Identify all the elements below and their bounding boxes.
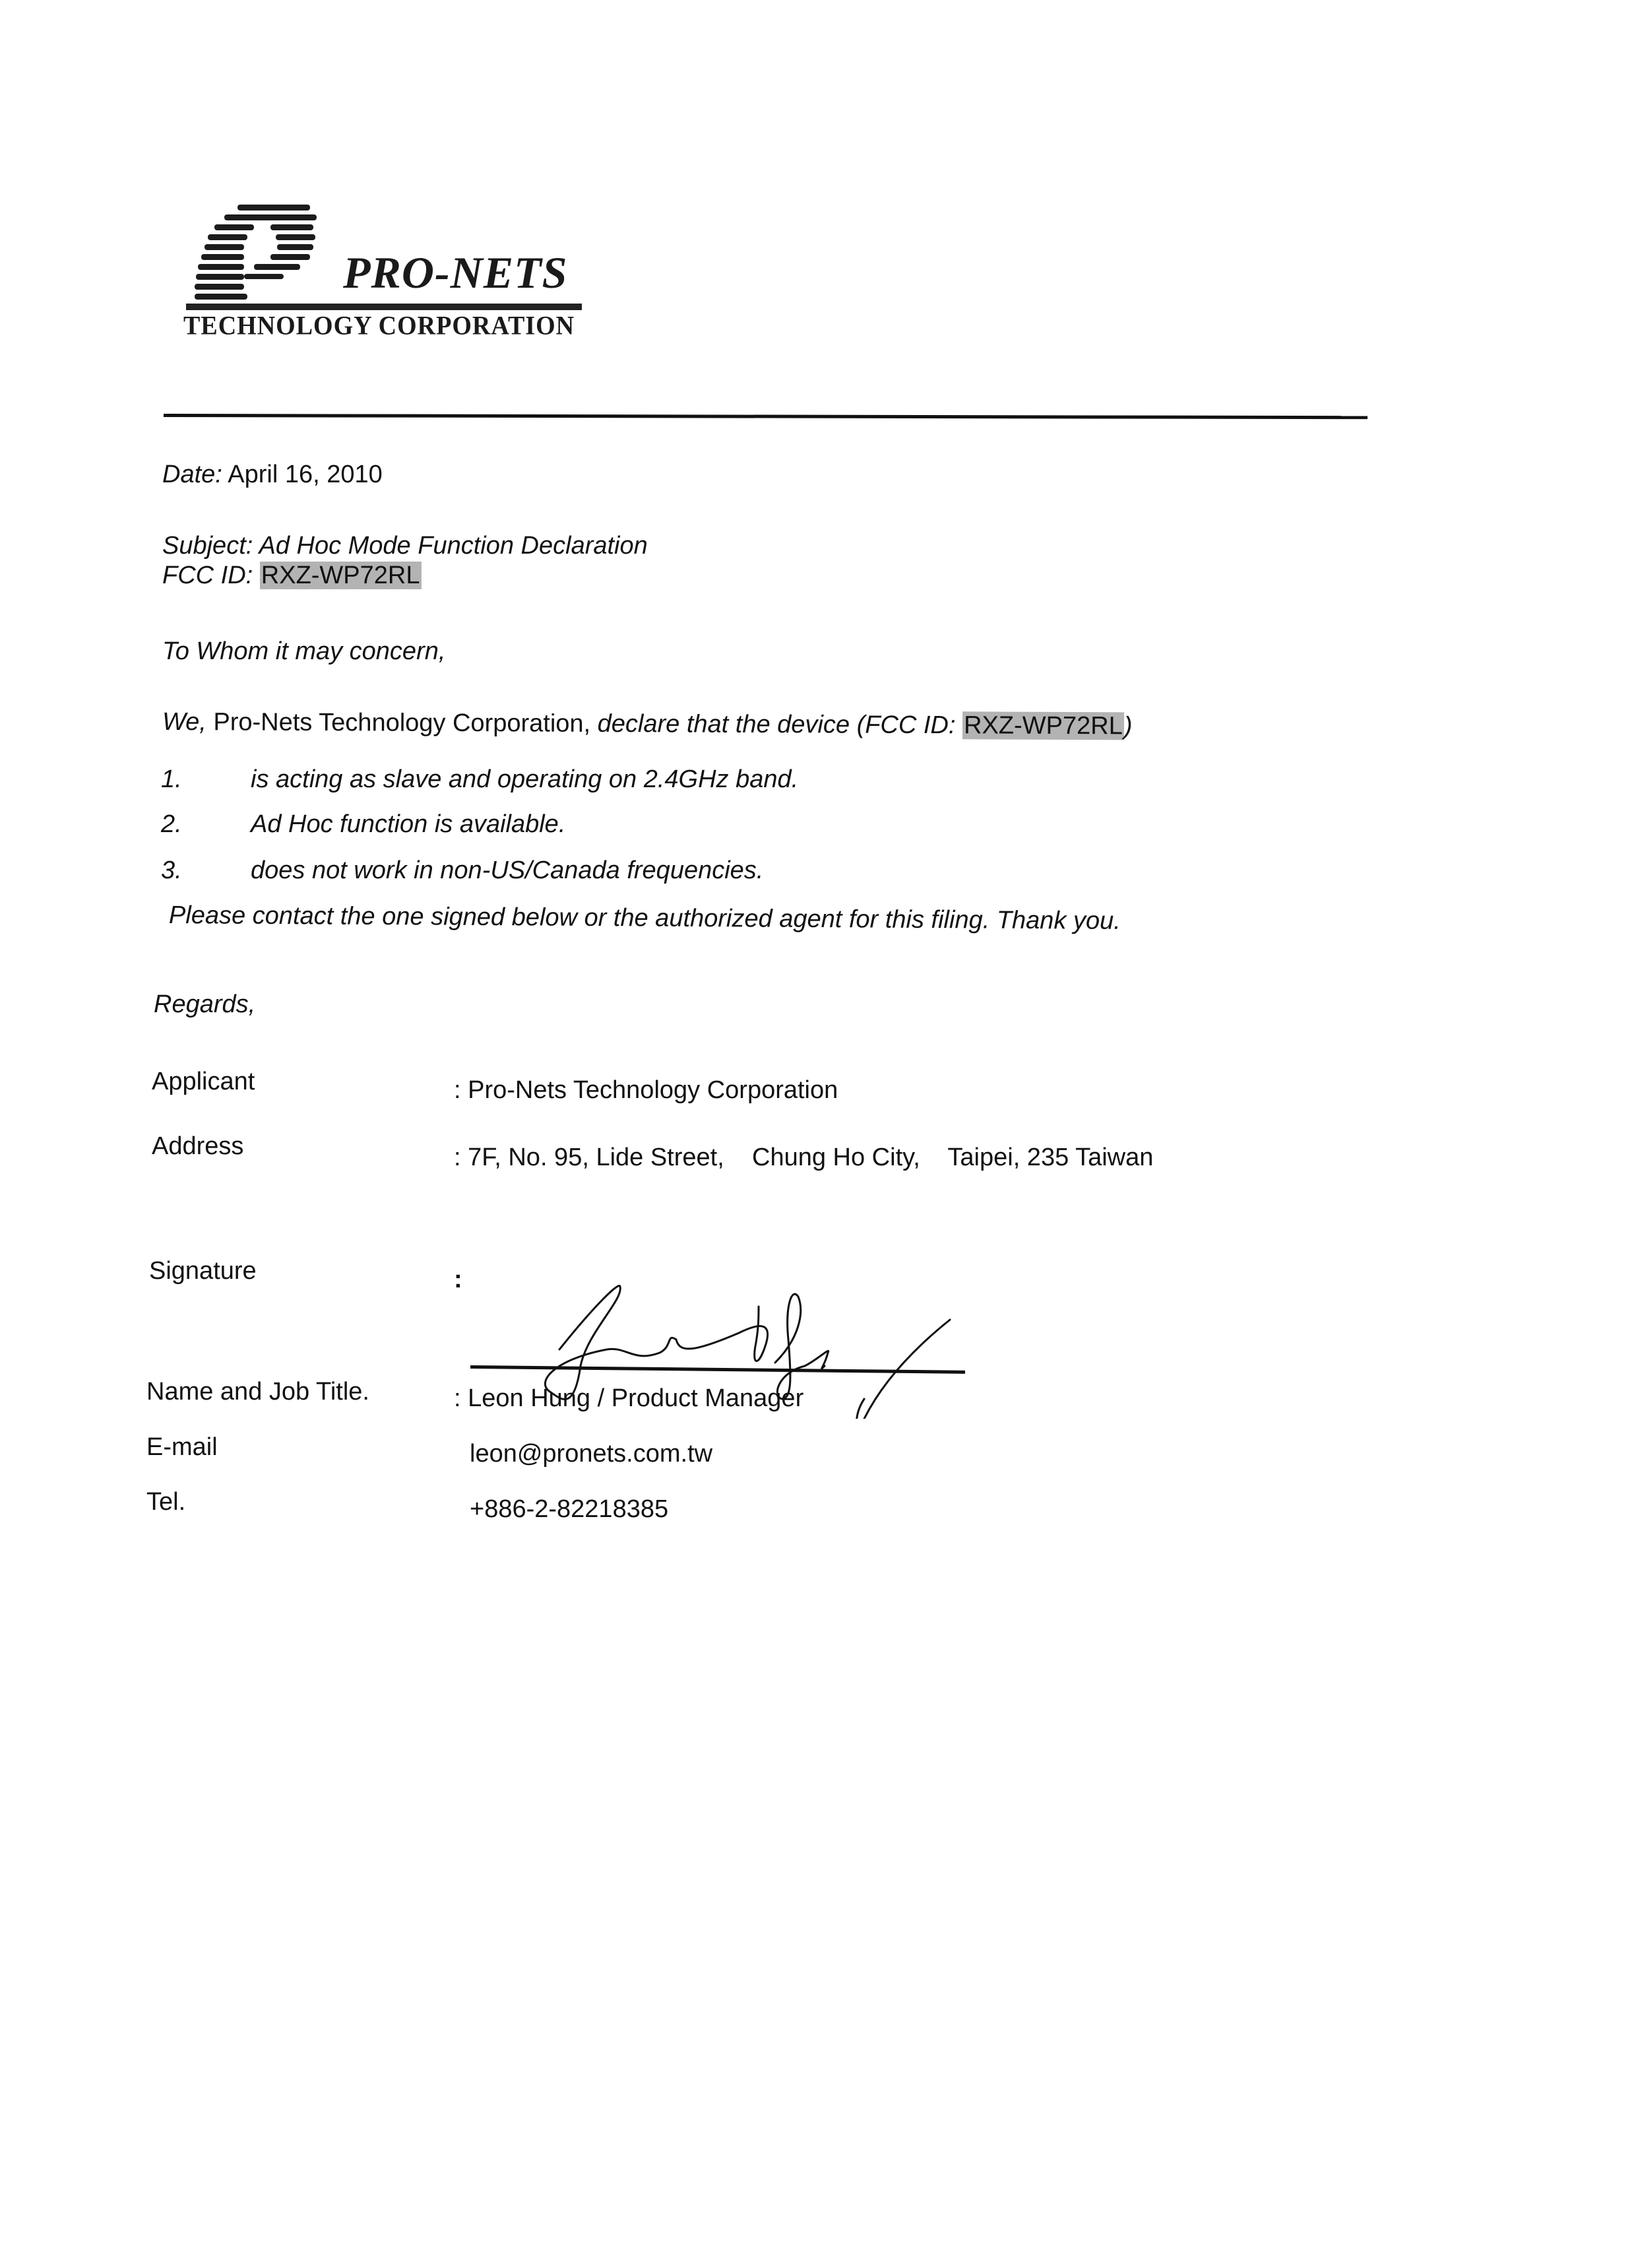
- date-line: Date: April 16, 2010: [162, 462, 383, 487]
- subject-line: Subject: Ad Hoc Mode Function Declaratio…: [162, 533, 648, 558]
- declaration-intro: We, Pro-Nets Technology Corporation, dec…: [162, 709, 1133, 738]
- date-label: Date:: [162, 461, 222, 488]
- list-item-number: 2.: [161, 812, 251, 837]
- address-value: : 7F, No. 95, Lide Street, Chung Ho City…: [454, 1145, 1153, 1170]
- date-value: April 16, 2010: [228, 461, 383, 488]
- signature-colon: :: [454, 1267, 462, 1292]
- applicant-label: Applicant: [152, 1069, 255, 1094]
- list-item: 3.does not work in non-US/Canada frequen…: [161, 858, 763, 883]
- list-item: 1.is acting as slave and operating on 2.…: [161, 767, 798, 792]
- logo-subtitle-text: TECHNOLOGY CORPORATION: [183, 311, 575, 341]
- subject-label: Subject:: [162, 532, 253, 560]
- name-title-label: Name and Job Title.: [146, 1379, 369, 1404]
- logo-brand-text: PRO-NETS: [343, 247, 567, 299]
- logo-swoosh-icon: [178, 178, 350, 310]
- subject-value: Ad Hoc Mode Function Declaration: [259, 532, 647, 560]
- fcc-id-value: RXZ-WP72RL: [260, 562, 422, 589]
- salutation: To Whom it may concern,: [162, 639, 445, 664]
- tel-value: +886-2-82218385: [470, 1497, 668, 1522]
- email-label: E-mail: [146, 1435, 218, 1460]
- tel-label: Tel.: [146, 1489, 185, 1514]
- intro-close: ): [1124, 712, 1133, 740]
- company-logo: PRO-NETS TECHNOLOGY CORPORATION: [178, 178, 607, 337]
- list-item: 2.Ad Hoc function is available.: [161, 812, 565, 837]
- name-title-value: : Leon Hung / Product Manager: [454, 1386, 803, 1411]
- intro-fcc-id: RXZ-WP72RL: [962, 711, 1124, 740]
- list-item-text: Ad Hoc function is available.: [251, 810, 565, 838]
- list-item-text: does not work in non-US/Canada frequenci…: [251, 857, 763, 884]
- contact-note: Please contact the one signed below or t…: [169, 903, 1121, 934]
- closing: Regards,: [154, 992, 255, 1017]
- fcc-id-line: FCC ID: RXZ-WP72RL: [162, 563, 422, 588]
- applicant-value: : Pro-Nets Technology Corporation: [454, 1078, 838, 1103]
- list-item-number: 1.: [161, 767, 251, 792]
- intro-declare: declare that the device (FCC ID:: [598, 710, 956, 739]
- email-value: leon@pronets.com.tw: [470, 1441, 712, 1466]
- header-divider: [164, 414, 1368, 419]
- list-item-number: 3.: [161, 858, 251, 883]
- logo-rule: [186, 304, 582, 310]
- intro-we: We,: [162, 708, 206, 736]
- intro-company: Pro-Nets Technology Corporation,: [213, 708, 590, 737]
- address-label: Address: [152, 1134, 243, 1159]
- fcc-id-label: FCC ID:: [162, 562, 253, 589]
- signature-label: Signature: [149, 1258, 257, 1283]
- list-item-text: is acting as slave and operating on 2.4G…: [251, 765, 798, 793]
